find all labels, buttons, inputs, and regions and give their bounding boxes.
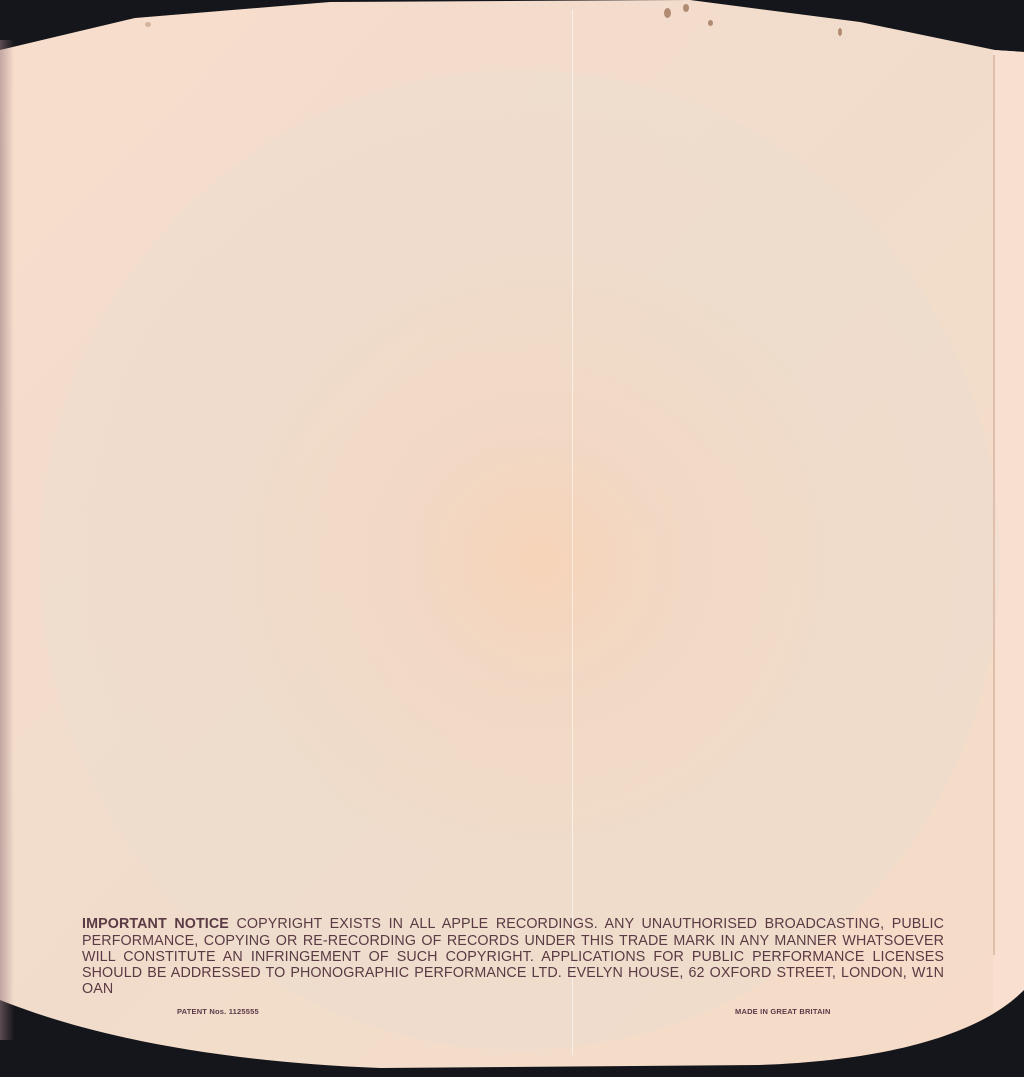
- made-in-label: MADE IN GREAT BRITAIN: [735, 1007, 831, 1016]
- stain-mark: [838, 28, 842, 36]
- stain-mark: [664, 8, 671, 18]
- center-fold-line: [572, 10, 573, 1055]
- photo-background: IMPORTANT NOTICE COPYRIGHT EXISTS IN ALL…: [0, 0, 1024, 1077]
- stain-mark: [708, 20, 713, 26]
- patent-number: PATENT Nos. 1125555: [177, 1007, 259, 1016]
- notice-heading: IMPORTANT NOTICE: [82, 916, 229, 932]
- copyright-notice: IMPORTANT NOTICE COPYRIGHT EXISTS IN ALL…: [82, 916, 944, 997]
- right-flap-edge: [993, 55, 995, 955]
- record-inner-sleeve: IMPORTANT NOTICE COPYRIGHT EXISTS IN ALL…: [0, 0, 1024, 1077]
- left-edge-shadow: [0, 40, 14, 1040]
- stain-mark: [145, 22, 151, 27]
- stain-mark: [683, 4, 689, 12]
